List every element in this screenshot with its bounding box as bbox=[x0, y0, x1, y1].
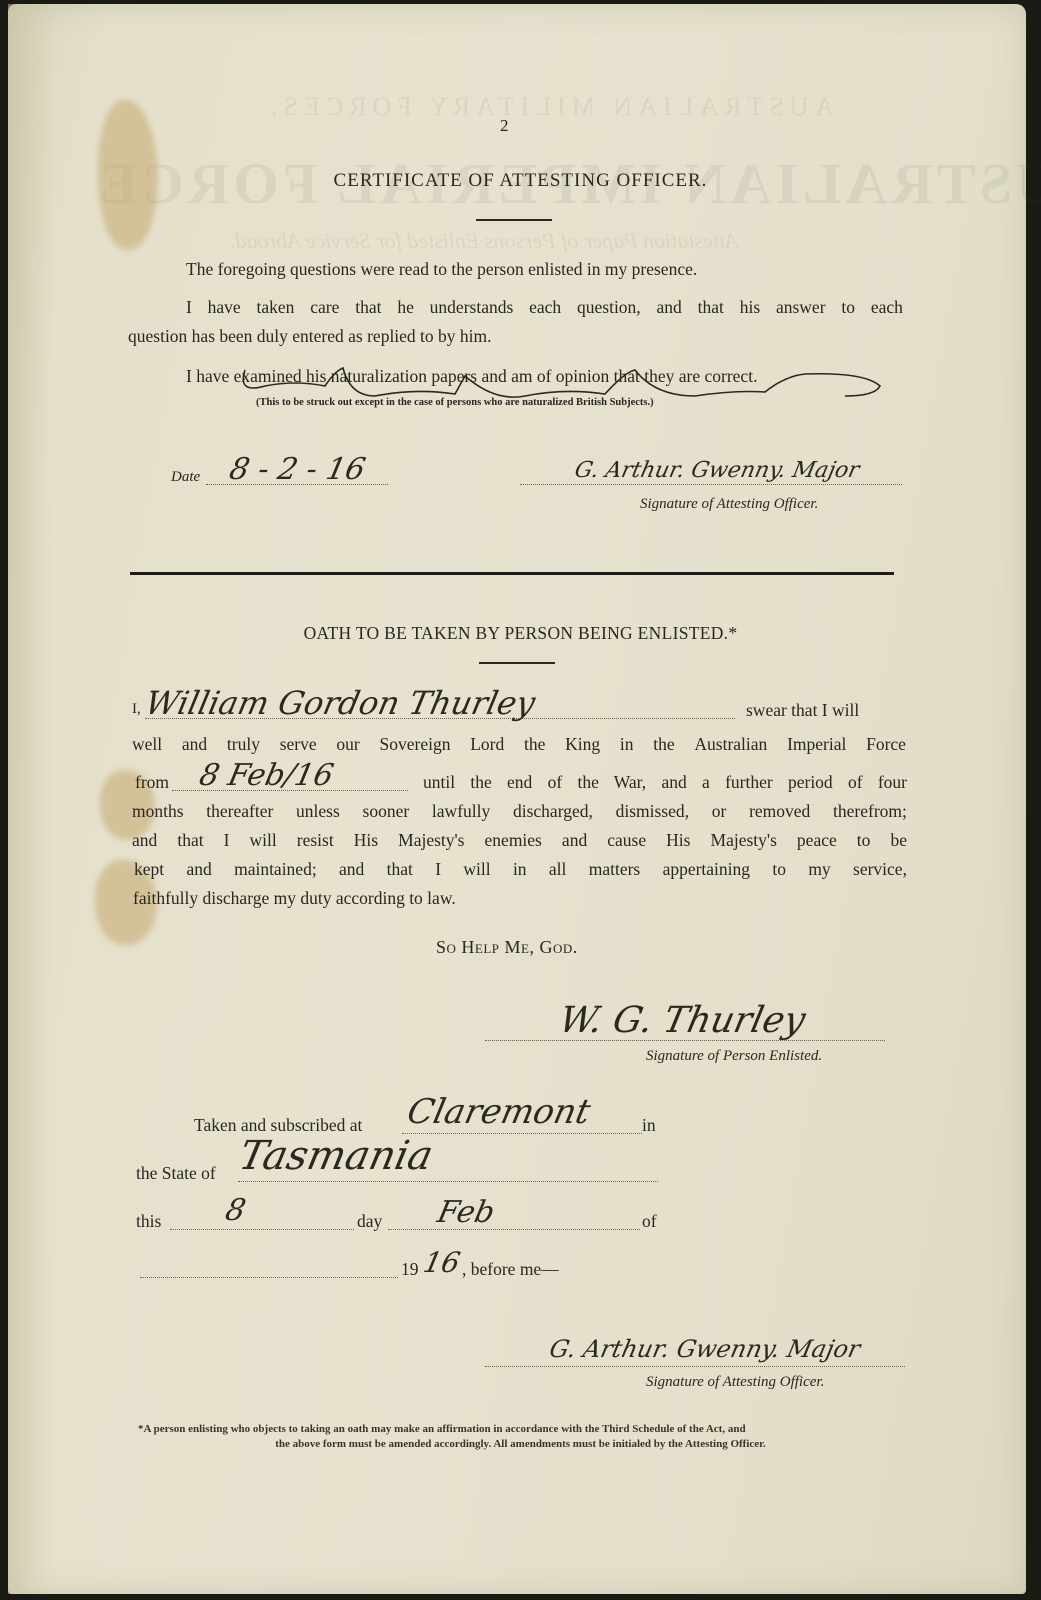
word: the bbox=[524, 736, 545, 754]
word: thereafter bbox=[206, 803, 273, 821]
enlistee-name-field: William Gordon Thurley bbox=[142, 684, 539, 722]
officer-signature-label: Signature of Attesting Officer. bbox=[640, 496, 818, 513]
certificate-para-1: The foregoing questions were read to the… bbox=[186, 261, 697, 279]
oath-line-5: and that I will resist His Majesty's ene… bbox=[132, 832, 907, 850]
word: service, bbox=[853, 861, 907, 879]
section-divider bbox=[130, 572, 894, 575]
word: be bbox=[890, 832, 907, 850]
word: my bbox=[808, 861, 830, 879]
attesting-officer-signature-2: G. Arthur. Gwenny. Major bbox=[547, 1335, 863, 1363]
officer-signature-label-2: Signature of Attesting Officer. bbox=[646, 1374, 824, 1391]
word: that bbox=[177, 832, 203, 850]
oath-name-prefix: I, bbox=[132, 702, 141, 717]
naturalization-note: (This to be struck out except in the cas… bbox=[256, 397, 654, 408]
oath-closing: So Help Me, God. bbox=[436, 938, 578, 956]
date-field: 8 - 2 - 16 bbox=[226, 452, 368, 487]
ghost-text-attestation: Attestation Paper of Persons Enlisted fo… bbox=[230, 228, 738, 254]
enlistee-signature: W. G. Thurley bbox=[556, 1000, 809, 1041]
word: sooner bbox=[363, 803, 410, 821]
word: and bbox=[182, 736, 207, 754]
word: have bbox=[208, 299, 241, 317]
title-rule bbox=[476, 219, 552, 221]
officer-signature-line-2 bbox=[485, 1366, 905, 1367]
word: in bbox=[620, 736, 634, 754]
taken-label: Taken and subscribed at bbox=[194, 1117, 362, 1135]
word: maintained; bbox=[234, 861, 317, 879]
word: Sovereign bbox=[380, 736, 451, 754]
word: his bbox=[740, 299, 760, 317]
word: His bbox=[666, 832, 690, 850]
month-field: Feb bbox=[434, 1195, 498, 1230]
word: taken bbox=[257, 299, 295, 317]
word: appertaining bbox=[663, 861, 750, 879]
word: Australian bbox=[694, 736, 767, 754]
word: that bbox=[698, 299, 724, 317]
word: enemies bbox=[485, 832, 542, 850]
word: I bbox=[224, 832, 230, 850]
enlistee-signature-label: Signature of Person Enlisted. bbox=[646, 1048, 822, 1065]
word: each bbox=[871, 299, 903, 317]
oath-swear-text: swear that I will bbox=[746, 702, 859, 720]
oath-line-4: months thereafter unless sooner lawfully… bbox=[132, 803, 907, 821]
state-line bbox=[238, 1181, 658, 1182]
word: question, bbox=[577, 299, 641, 317]
word: unless bbox=[296, 803, 340, 821]
oath-line-6: kept and maintained; and that I will in … bbox=[134, 861, 907, 879]
word: lawfully bbox=[432, 803, 490, 821]
oath-line-7: faithfully discharge my duty according t… bbox=[133, 890, 456, 908]
attesting-officer-signature: G. Arthur. Gwenny. Major bbox=[572, 458, 861, 483]
word: kept bbox=[134, 861, 164, 879]
certificate-para-2-line-2: question has been duly entered as replie… bbox=[128, 328, 492, 346]
word: to bbox=[772, 861, 786, 879]
word: answer bbox=[776, 299, 826, 317]
word: or bbox=[712, 803, 727, 821]
word: His bbox=[354, 832, 378, 850]
of-label: of bbox=[642, 1213, 657, 1231]
word: that bbox=[355, 299, 381, 317]
word: months bbox=[132, 803, 184, 821]
this-label: this bbox=[136, 1213, 161, 1231]
oath-line-3: until the end of the War, and a further … bbox=[423, 774, 907, 792]
certificate-title: CERTIFICATE OF ATTESTING OFFICER. bbox=[0, 170, 1041, 192]
word: the bbox=[653, 736, 674, 754]
word: matters bbox=[589, 861, 641, 879]
word: resist bbox=[297, 832, 334, 850]
year-field: 16 bbox=[420, 1246, 463, 1279]
footnote-line-1: *A person enlisting who objects to takin… bbox=[138, 1423, 746, 1435]
word: well bbox=[132, 736, 162, 754]
word: he bbox=[397, 299, 414, 317]
word: and bbox=[132, 832, 157, 850]
day-number-line bbox=[170, 1229, 354, 1230]
word: truly bbox=[227, 736, 260, 754]
oath-title: OATH TO BE TAKEN BY PERSON BEING ENLISTE… bbox=[0, 623, 1041, 644]
oath-title-rule bbox=[479, 662, 555, 664]
word: peace bbox=[797, 832, 837, 850]
date-label: Date bbox=[171, 469, 200, 486]
word: cause bbox=[607, 832, 646, 850]
word: all bbox=[549, 861, 567, 879]
word: dismissed, bbox=[616, 803, 689, 821]
in-label: in bbox=[642, 1117, 656, 1135]
year-preamble-line bbox=[140, 1277, 398, 1278]
place-field: Claremont bbox=[404, 1092, 594, 1132]
year-prefix: 19 bbox=[401, 1261, 419, 1279]
officer-signature-line bbox=[520, 484, 902, 485]
month-line bbox=[388, 1229, 640, 1230]
word: that bbox=[387, 861, 413, 879]
from-label: from bbox=[135, 774, 169, 792]
word: Force bbox=[866, 736, 906, 754]
service-start-date-field: 8 Feb/16 bbox=[196, 758, 336, 793]
word: in bbox=[513, 861, 527, 879]
before-me-label: , before me— bbox=[462, 1261, 559, 1279]
word: King bbox=[565, 736, 600, 754]
word: to bbox=[857, 832, 871, 850]
page-number: 2 bbox=[500, 116, 509, 136]
word: I bbox=[186, 299, 192, 317]
word: and bbox=[562, 832, 587, 850]
word: to bbox=[841, 299, 855, 317]
word: Majesty's bbox=[711, 832, 777, 850]
place-line bbox=[402, 1133, 642, 1134]
word: our bbox=[336, 736, 359, 754]
word: removed bbox=[749, 803, 810, 821]
word: discharged, bbox=[513, 803, 593, 821]
word: Majesty's bbox=[398, 832, 464, 850]
word: understands bbox=[430, 299, 514, 317]
word: and bbox=[339, 861, 364, 879]
word: will bbox=[250, 832, 277, 850]
word: each bbox=[529, 299, 561, 317]
word: I bbox=[435, 861, 441, 879]
footnote-line-2: the above form must be amended according… bbox=[0, 1438, 1041, 1450]
certificate-para-2-line-1: I have taken care that he understands ea… bbox=[186, 299, 903, 317]
word: Lord bbox=[470, 736, 504, 754]
state-field: Tasmania bbox=[235, 1133, 437, 1179]
word: and bbox=[657, 299, 682, 317]
word: will bbox=[463, 861, 490, 879]
day-label: day bbox=[357, 1213, 382, 1231]
ghost-text-military-forces: AUSTRALIAN MILITARY FORCES. bbox=[265, 92, 833, 122]
state-label: the State of bbox=[136, 1165, 216, 1183]
oath-line-2: well and truly serve our Sovereign Lord … bbox=[132, 736, 906, 754]
word: therefrom; bbox=[833, 803, 907, 821]
word: and bbox=[186, 861, 211, 879]
word: care bbox=[310, 299, 339, 317]
word: serve bbox=[280, 736, 317, 754]
word: Imperial bbox=[787, 736, 846, 754]
